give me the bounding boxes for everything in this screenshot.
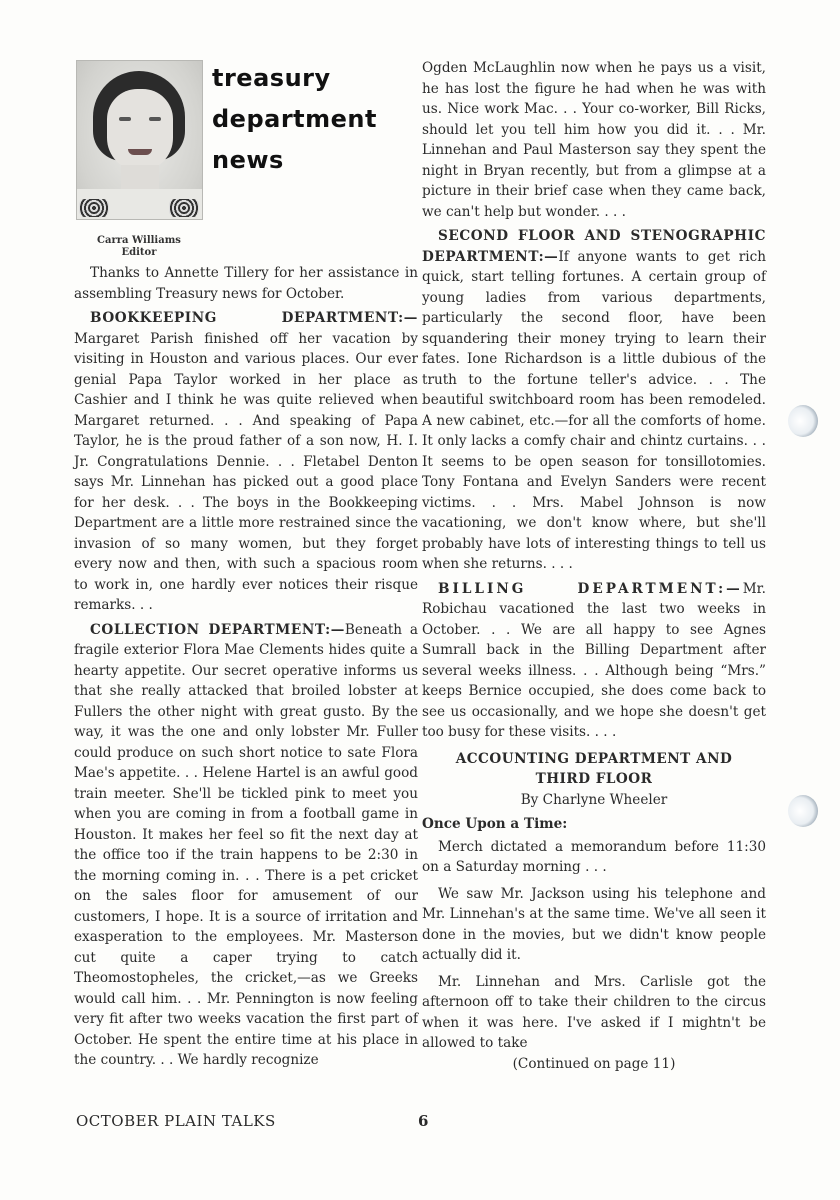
editor-photo	[76, 60, 203, 220]
continued-note: (Continued on page 11)	[422, 1054, 766, 1075]
newsletter-page: treasury department news Carra Williams …	[0, 0, 840, 1200]
binder-hole-icon	[788, 405, 818, 437]
editor-role: Editor	[74, 247, 204, 259]
section-title: treasury department news	[212, 58, 377, 181]
left-column: treasury department news Carra Williams …	[74, 58, 418, 1071]
title-line-1: treasury	[212, 58, 377, 99]
photo-caption: Carra Williams Editor	[74, 235, 204, 259]
bookkeeping-heading: BOOKKEEPING DEPARTMENT:—	[90, 310, 418, 326]
bookkeeping-text: Margaret Parish finished off her vacatio…	[74, 331, 418, 614]
bookkeeping-section: BOOKKEEPING DEPARTMENT:— Margaret Parish…	[74, 308, 418, 616]
accounting-heading-line1: ACCOUNTING DEPARTMENT AND	[422, 749, 766, 770]
collection-heading: COLLECTION DEPARTMENT:—	[90, 622, 345, 638]
title-line-3: news	[212, 140, 377, 181]
binder-hole-icon	[788, 795, 818, 827]
accounting-paragraph-1: Merch dictated a memorandum before 11:30…	[422, 837, 766, 878]
collection-continuation: Ogden McLaughlin now when he pays us a v…	[422, 58, 766, 222]
publication-name: OCTOBER PLAIN TALKS	[76, 1112, 276, 1130]
page-footer: OCTOBER PLAIN TALKS 6	[76, 1112, 436, 1130]
accounting-byline: By Charlyne Wheeler	[422, 790, 766, 811]
accounting-heading-line2: THIRD FLOOR	[422, 769, 766, 790]
collection-text-part1: Beneath a fragile exterior Flora Mae Cle…	[74, 622, 418, 1069]
accounting-heading: ACCOUNTING DEPARTMENT AND THIRD FLOOR	[422, 749, 766, 790]
accounting-paragraph-3: Mr. Linnehan and Mrs. Carlisle got the a…	[422, 972, 766, 1054]
masthead: treasury department news Carra Williams …	[74, 58, 418, 263]
billing-heading: BILLING DEPARTMENT:—	[438, 581, 743, 597]
billing-text: Mr. Robichau vacationed the last two wee…	[422, 581, 766, 741]
page-number: 6	[418, 1112, 429, 1130]
billing-section: BILLING DEPARTMENT:—Mr. Robichau vacatio…	[422, 579, 766, 743]
editor-name: Carra Williams	[74, 235, 204, 247]
accounting-paragraph-2: We saw Mr. Jackson using his telephone a…	[422, 884, 766, 966]
right-column: Ogden McLaughlin now when he pays us a v…	[422, 58, 766, 1074]
second-floor-text: If anyone wants to get rich quick, start…	[422, 249, 766, 573]
second-floor-section: SECOND FLOOR AND STENOGRAPHIC DEPARTMENT…	[422, 226, 766, 575]
accounting-subhead: Once Upon a Time:	[422, 814, 766, 835]
title-line-2: department	[212, 99, 377, 140]
collection-section: COLLECTION DEPARTMENT:—Beneath a fragile…	[74, 620, 418, 1071]
intro-paragraph: Thanks to Annette Tillery for her assist…	[74, 263, 418, 304]
